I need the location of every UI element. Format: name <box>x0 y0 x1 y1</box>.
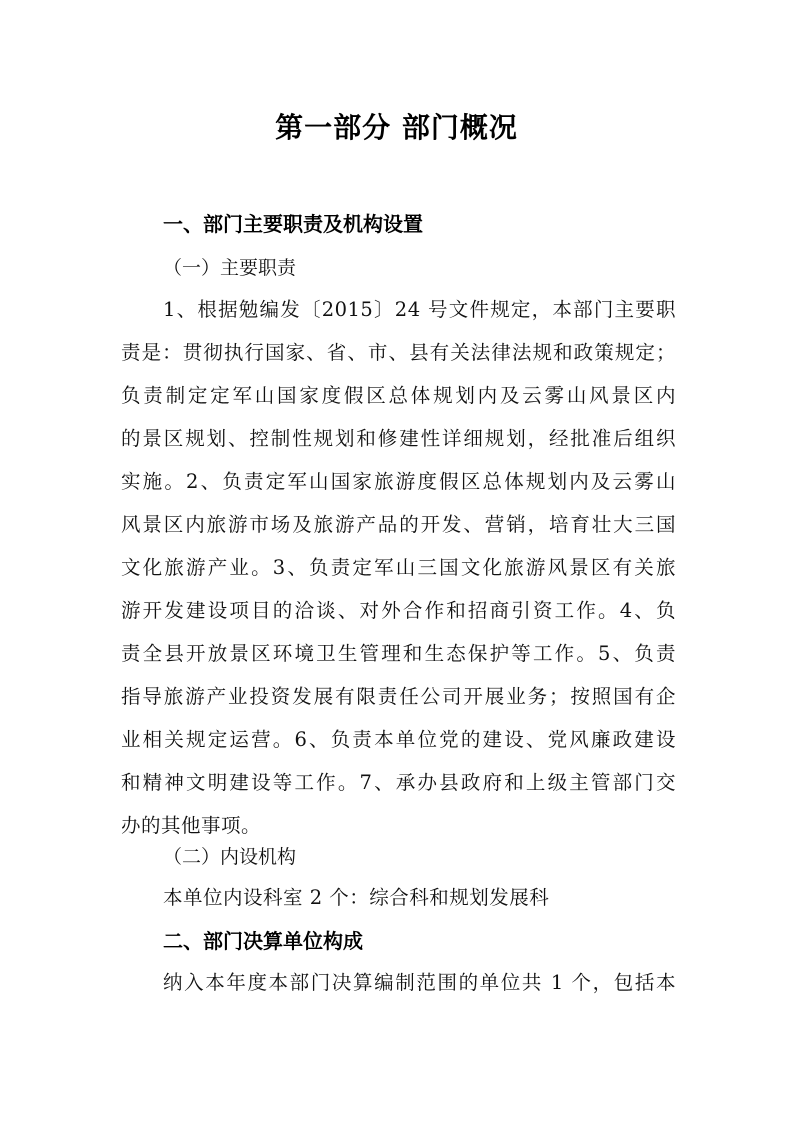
section-heading-budget-units: 二、部门决算单位构成 <box>163 925 363 954</box>
page-title: 第一部分 部门概况 <box>0 106 793 146</box>
document-page: 第一部分 部门概况 一、部门主要职责及机构设置 （一）主要职责 1、根据勉编发〔… <box>0 0 793 1122</box>
internal-bodies-text: 本单位内设科室 2 个：综合科和规划发展科 <box>163 882 676 910</box>
subsection-heading-internal-bodies: （二）内设机构 <box>163 842 296 869</box>
budget-units-text: 纳入本年度本部门决算编制范围的单位共 1 个，包括本 <box>163 967 676 995</box>
paragraph-line: 负责制定定军山国家度假区总体规划内及云雾山风景区内 <box>121 380 676 408</box>
paragraph-line: 和精神文明建设等工作。7、承办县政府和上级主管部门交 <box>121 767 676 795</box>
paragraph-line: 业相关规定运营。6、负责本单位党的建设、党风廉政建设 <box>121 724 676 752</box>
subsection-heading-main-duties: （一）主要职责 <box>163 253 296 280</box>
paragraph-line: 责全县开放景区环境卫生管理和生态保护等工作。5、负责 <box>121 638 676 666</box>
paragraph-line: 实施。2、负责定军山国家旅游度假区总体规划内及云雾山 <box>121 466 676 494</box>
paragraph-line: 责是：贯彻执行国家、省、市、县有关法律法规和政策规定； <box>121 337 676 365</box>
paragraph-line: 1、根据勉编发〔2015〕24 号文件规定，本部门主要职 <box>163 294 676 322</box>
paragraph-line: 的景区规划、控制性规划和修建性详细规划，经批准后组织 <box>121 423 676 451</box>
paragraph-line: 文化旅游产业。3、负责定军山三国文化旅游风景区有关旅 <box>121 552 676 580</box>
paragraph-line: 办的其他事项。 <box>121 810 676 838</box>
paragraph-line: 游开发建设项目的洽谈、对外合作和招商引资工作。4、负 <box>121 595 676 623</box>
paragraph-line: 指导旅游产业投资发展有限责任公司开展业务；按照国有企 <box>121 681 676 709</box>
paragraph-line: 风景区内旅游市场及旅游产品的开发、营销，培育壮大三国 <box>121 509 676 537</box>
section-heading-duties-structure: 一、部门主要职责及机构设置 <box>163 208 423 237</box>
